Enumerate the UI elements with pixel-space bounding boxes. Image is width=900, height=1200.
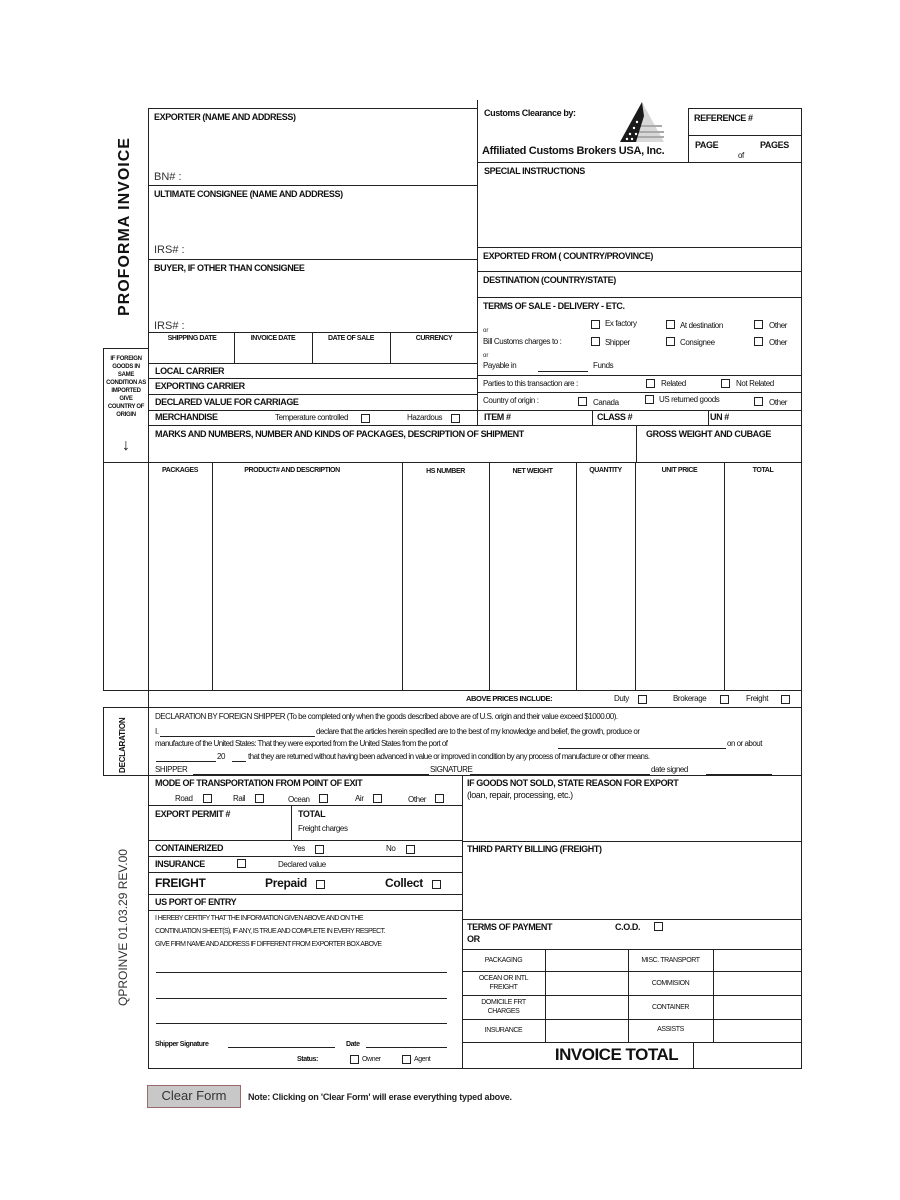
duty-label: Duty: [614, 694, 629, 704]
exporter-section[interactable]: EXPORTER (NAME AND ADDRESS) BN# :: [148, 108, 478, 186]
ex-factory-label: Ex factory: [605, 319, 637, 329]
domicile-value[interactable]: [546, 996, 628, 1019]
item-row: [477, 410, 802, 426]
origin-note-box: IF FOREIGN GOODS IN SAME CONDITION AS IM…: [103, 348, 149, 463]
gross-weight-section[interactable]: GROSS WEIGHT AND CUBAGE: [636, 425, 802, 463]
yes-label: Yes: [293, 844, 305, 854]
export-permit-label: EXPORT PERMIT #: [155, 809, 230, 820]
col-net-weight: NET WEIGHT: [489, 467, 576, 476]
ocean-label: Ocean: [288, 795, 310, 805]
terms-label: TERMS OF SALE - DELIVERY - ETC.: [483, 301, 625, 312]
certify-line2: CONTINUATION SHEET(S), IF ANY, IS TRUE A…: [155, 927, 385, 936]
origin-canada-checkbox[interactable]: [578, 397, 587, 406]
declaration-line2: declare that the articles herein specifi…: [316, 727, 640, 737]
exporting-carrier-label[interactable]: EXPORTING CARRIER: [155, 381, 245, 392]
bill-other-checkbox[interactable]: [754, 337, 763, 346]
col-quantity: QUANTITY: [576, 466, 635, 475]
firm-line-3[interactable]: [156, 1023, 447, 1024]
page-label[interactable]: PAGE: [695, 140, 718, 151]
related-checkbox[interactable]: [646, 379, 655, 388]
origin-note: IF FOREIGN GOODS IN SAME CONDITION AS IM…: [106, 355, 146, 419]
buyer-irs-label: IRS# :: [154, 320, 185, 332]
marks-section[interactable]: MARKS AND NUMBERS, NUMBER AND KINDS OF P…: [148, 425, 637, 463]
exported-from-section[interactable]: EXPORTED FROM ( COUNTRY/PROVINCE): [477, 247, 802, 272]
air-label: Air: [355, 794, 364, 804]
payable-in-label: Payable in: [483, 361, 516, 371]
gross-weight-label: GROSS WEIGHT AND CUBAGE: [646, 429, 771, 440]
item-number-label[interactable]: ITEM #: [484, 412, 511, 423]
bill-customs-label: Bill Customs charges to :: [483, 337, 561, 347]
signature-label: SIGNATURE: [430, 765, 472, 775]
freight-include-checkbox[interactable]: [781, 695, 790, 704]
bill-consignee-checkbox[interactable]: [666, 337, 675, 346]
declared-value-small-label: Declared value: [278, 860, 326, 870]
containerized-label: CONTAINERIZED: [155, 843, 223, 854]
funds-label: Funds: [593, 361, 613, 371]
origin-canada-label: Canada: [593, 398, 619, 408]
certify-line3: GIVE FIRM NAME AND ADDRESS IF DIFFERENT …: [155, 940, 381, 949]
exported-from-label: EXPORTED FROM ( COUNTRY/PROVINCE): [483, 251, 653, 262]
payment-label: TERMS OF PAYMENT: [467, 922, 552, 933]
consignee-label: ULTIMATE CONSIGNEE (NAME AND ADDRESS): [154, 189, 343, 200]
bill-consignee-label: Consignee: [680, 338, 715, 348]
year-input[interactable]: [232, 761, 246, 762]
status-label: Status:: [297, 1055, 318, 1064]
related-label: Related: [661, 379, 686, 389]
invoice-date-label[interactable]: INVOICE DATE: [234, 334, 312, 343]
assists-value[interactable]: [714, 1020, 801, 1042]
col-total: TOTAL: [724, 466, 802, 475]
packaging-label: PACKAGING: [462, 956, 545, 965]
declared-value-label[interactable]: DECLARED VALUE FOR CARRIAGE: [155, 397, 299, 408]
firm-line-1[interactable]: [156, 972, 447, 973]
special-instructions-section[interactable]: SPECIAL INSTRUCTIONS: [477, 162, 802, 248]
duty-checkbox[interactable]: [638, 695, 647, 704]
assists-label: ASSISTS: [628, 1025, 713, 1034]
ocean-freight-value[interactable]: [546, 972, 628, 995]
road-checkbox[interactable]: [203, 794, 212, 803]
origin-us-returned-label: US returned goods: [659, 395, 719, 405]
misc-transport-value[interactable]: [714, 950, 801, 971]
broker-name: Affiliated Customs Brokers USA, Inc.: [482, 145, 664, 157]
temp-controlled-checkbox[interactable]: [361, 414, 370, 423]
un-number-label[interactable]: UN #: [710, 412, 729, 423]
freight-label: FREIGHT: [155, 876, 206, 890]
col-hs-number: HS NUMBER: [402, 467, 489, 476]
clearance-label: Customs Clearance by:: [484, 108, 576, 119]
col-packages: PACKAGES: [148, 466, 212, 475]
date-of-sale-label[interactable]: DATE OF SALE: [312, 334, 390, 343]
special-instructions-label: SPECIAL INSTRUCTIONS: [484, 166, 585, 177]
commission-label: COMMISION: [628, 979, 713, 988]
container-value[interactable]: [714, 996, 801, 1019]
invoice-total-value[interactable]: [694, 1043, 801, 1068]
temp-controlled-label: Temperature controlled: [275, 413, 348, 423]
exporter-label: EXPORTER (NAME AND ADDRESS): [154, 112, 296, 123]
domicile-charges-label: DOMICILE FRT CHARGES: [468, 998, 539, 1016]
form-code: QPROINVE 01.03.29 REV.00: [116, 849, 130, 1006]
merchandise-label: MERCHANDISE: [155, 412, 218, 423]
payable-currency-input[interactable]: [538, 371, 588, 372]
insurance-value[interactable]: [546, 1020, 628, 1042]
us-port-label: US PORT OF ENTRY: [155, 897, 236, 908]
delivery-other-checkbox[interactable]: [754, 320, 763, 329]
port-input[interactable]: [558, 748, 726, 749]
transport-label: MODE OF TRANSPORTATION FROM POINT OF EXI…: [155, 778, 362, 789]
buyer-section[interactable]: BUYER, IF OTHER THAN CONSIGNEE IRS# :: [148, 259, 478, 333]
above-prices-label: ABOVE PRICES INCLUDE:: [466, 694, 552, 703]
or-label-1: or: [483, 328, 488, 334]
at-destination-checkbox[interactable]: [666, 320, 675, 329]
agent-checkbox[interactable]: [402, 1055, 411, 1064]
payment-or: OR: [467, 934, 480, 945]
third-party-section[interactable]: THIRD PARTY BILLING (FREIGHT): [462, 841, 802, 920]
date-signed-label: date signed: [651, 765, 688, 775]
road-label: Road: [175, 794, 193, 804]
declarant-name-input[interactable]: [160, 736, 315, 737]
origin-other-label: Other: [769, 398, 787, 408]
bn-label: BN# :: [154, 171, 182, 183]
containerized-no-checkbox[interactable]: [406, 845, 415, 854]
ex-factory-checkbox[interactable]: [591, 320, 600, 329]
origin-us-returned-checkbox[interactable]: [645, 395, 654, 404]
rail-label: Rail: [233, 794, 245, 804]
shipper-signature-label: Shipper Signature: [155, 1040, 209, 1049]
terms-section: [477, 297, 802, 411]
form-title: PROFORMA INVOICE: [116, 137, 134, 316]
buyer-label: BUYER, IF OTHER THAN CONSIGNEE: [154, 263, 305, 274]
freight-include-label: Freight: [746, 694, 768, 704]
bill-shipper-checkbox[interactable]: [591, 337, 600, 346]
destination-label: DESTINATION (COUNTRY/STATE): [483, 275, 616, 286]
ocean-checkbox[interactable]: [319, 794, 328, 803]
owner-label: Owner: [362, 1055, 381, 1064]
brokerage-label: Brokerage: [673, 694, 706, 704]
not-related-label: Not Related: [736, 379, 774, 389]
bill-other-label: Other: [769, 338, 787, 348]
goods-not-sold-section[interactable]: IF GOODS NOT SOLD, STATE REASON FOR EXPO…: [462, 775, 802, 842]
cod-checkbox[interactable]: [654, 922, 663, 931]
export-permit-section[interactable]: EXPORT PERMIT #: [148, 805, 292, 841]
shipping-date-label[interactable]: SHIPPING DATE: [150, 334, 234, 343]
transport-other-label: Other: [408, 795, 426, 805]
col-unit-price: UNIT PRICE: [635, 466, 724, 475]
hazardous-label: Hazardous: [407, 413, 442, 423]
packaging-value[interactable]: [546, 950, 628, 971]
cod-label: C.O.D.: [615, 922, 640, 933]
date-day-input[interactable]: [156, 761, 216, 762]
bill-shipper-label: Shipper: [605, 338, 630, 348]
col-product-description: PRODUCT# AND DESCRIPTION: [212, 466, 372, 475]
owner-checkbox[interactable]: [350, 1055, 359, 1064]
declaration-line1: DECLARATION BY FOREIGN SHIPPER (To be co…: [155, 712, 618, 722]
rail-checkbox[interactable]: [255, 794, 264, 803]
triangle-flag-logo-icon: [618, 100, 666, 144]
destination-section[interactable]: DESTINATION (COUNTRY/STATE): [477, 271, 802, 298]
pages-label[interactable]: PAGES: [760, 140, 789, 151]
declaration-side-label: DECLARATION: [118, 718, 127, 773]
freight-charges-label: Freight charges: [298, 824, 348, 834]
payment-section: TERMS OF PAYMENT OR C.O.D.: [462, 919, 802, 950]
invoice-total-label: INVOICE TOTAL: [540, 1045, 693, 1065]
reference-label: REFERENCE #: [694, 113, 753, 124]
containerized-yes-checkbox[interactable]: [315, 845, 324, 854]
no-label: No: [386, 844, 395, 854]
declaration-i: I.: [155, 727, 159, 737]
not-related-checkbox[interactable]: [721, 379, 730, 388]
total-label: TOTAL: [298, 809, 325, 820]
hazardous-checkbox[interactable]: [451, 414, 460, 423]
delivery-other-label: Other: [769, 321, 787, 331]
on-or-about: on or about: [727, 739, 762, 749]
firm-line-2[interactable]: [156, 998, 447, 999]
parties-label: Parties to this transaction are :: [483, 379, 578, 389]
container-label: CONTAINER: [628, 1003, 713, 1012]
origin-other-checkbox[interactable]: [754, 397, 763, 406]
air-checkbox[interactable]: [373, 794, 382, 803]
shipper-signature-input[interactable]: [228, 1047, 335, 1048]
of-label: of: [738, 151, 744, 161]
insurance-checkbox[interactable]: [237, 859, 246, 868]
goods-not-sold-sub: (loan, repair, processing, etc.): [467, 790, 573, 801]
cert-date-input[interactable]: [366, 1047, 447, 1048]
country-origin-label: Country of origin :: [483, 396, 539, 406]
down-arrow-icon: ↓: [106, 437, 146, 455]
certify-line1: I HEREBY CERTIFY THAT THE INFORMATION GI…: [155, 914, 363, 923]
declaration-line4: that they are returned without having be…: [248, 752, 650, 762]
currency-label[interactable]: CURRENCY: [390, 334, 478, 343]
insurance-charge-label: INSURANCE: [462, 1026, 545, 1035]
total-freight-section[interactable]: TOTAL Freight charges: [291, 805, 463, 841]
commission-value[interactable]: [714, 972, 801, 995]
goods-not-sold-label: IF GOODS NOT SOLD, STATE REASON FOR EXPO…: [467, 778, 678, 789]
consignee-section[interactable]: ULTIMATE CONSIGNEE (NAME AND ADDRESS) IR…: [148, 185, 478, 260]
brokerage-checkbox[interactable]: [720, 695, 729, 704]
clear-form-note: Note: Clicking on 'Clear Form' will eras…: [248, 1092, 512, 1102]
broker-box: Customs Clearance by: Affiliated Customs…: [477, 100, 688, 163]
collect-checkbox[interactable]: [432, 880, 441, 889]
agent-label: Agent: [414, 1055, 430, 1064]
transport-other-checkbox[interactable]: [435, 794, 444, 803]
shipper-label: SHIPPER: [155, 765, 187, 775]
declaration-line3: manufacture of the United States: That t…: [155, 739, 447, 749]
marks-label: MARKS AND NUMBERS, NUMBER AND KINDS OF P…: [155, 429, 524, 440]
or-label-2: or: [483, 353, 488, 359]
consignee-irs-label: IRS# :: [154, 244, 185, 256]
third-party-label: THIRD PARTY BILLING (FREIGHT): [467, 844, 602, 855]
cert-date-label: Date: [346, 1040, 360, 1049]
prepaid-checkbox[interactable]: [316, 880, 325, 889]
class-number-label[interactable]: CLASS #: [597, 412, 632, 423]
collect-label: Collect: [385, 876, 423, 890]
local-carrier-label[interactable]: LOCAL CARRIER: [155, 366, 224, 377]
table-body[interactable]: [148, 480, 802, 690]
us-port-row[interactable]: US PORT OF ENTRY: [148, 894, 463, 911]
insurance-label: INSURANCE: [155, 859, 205, 870]
misc-transport-label: MISC. TRANSPORT: [628, 956, 713, 965]
at-destination-label: At destination: [680, 321, 723, 331]
ocean-freight-label: OCEAN OR INTL FREIGHT: [468, 974, 539, 992]
prepaid-label: Prepaid: [265, 876, 307, 890]
clear-form-button[interactable]: Clear Form: [147, 1085, 241, 1108]
year-prefix: 20: [217, 752, 225, 762]
